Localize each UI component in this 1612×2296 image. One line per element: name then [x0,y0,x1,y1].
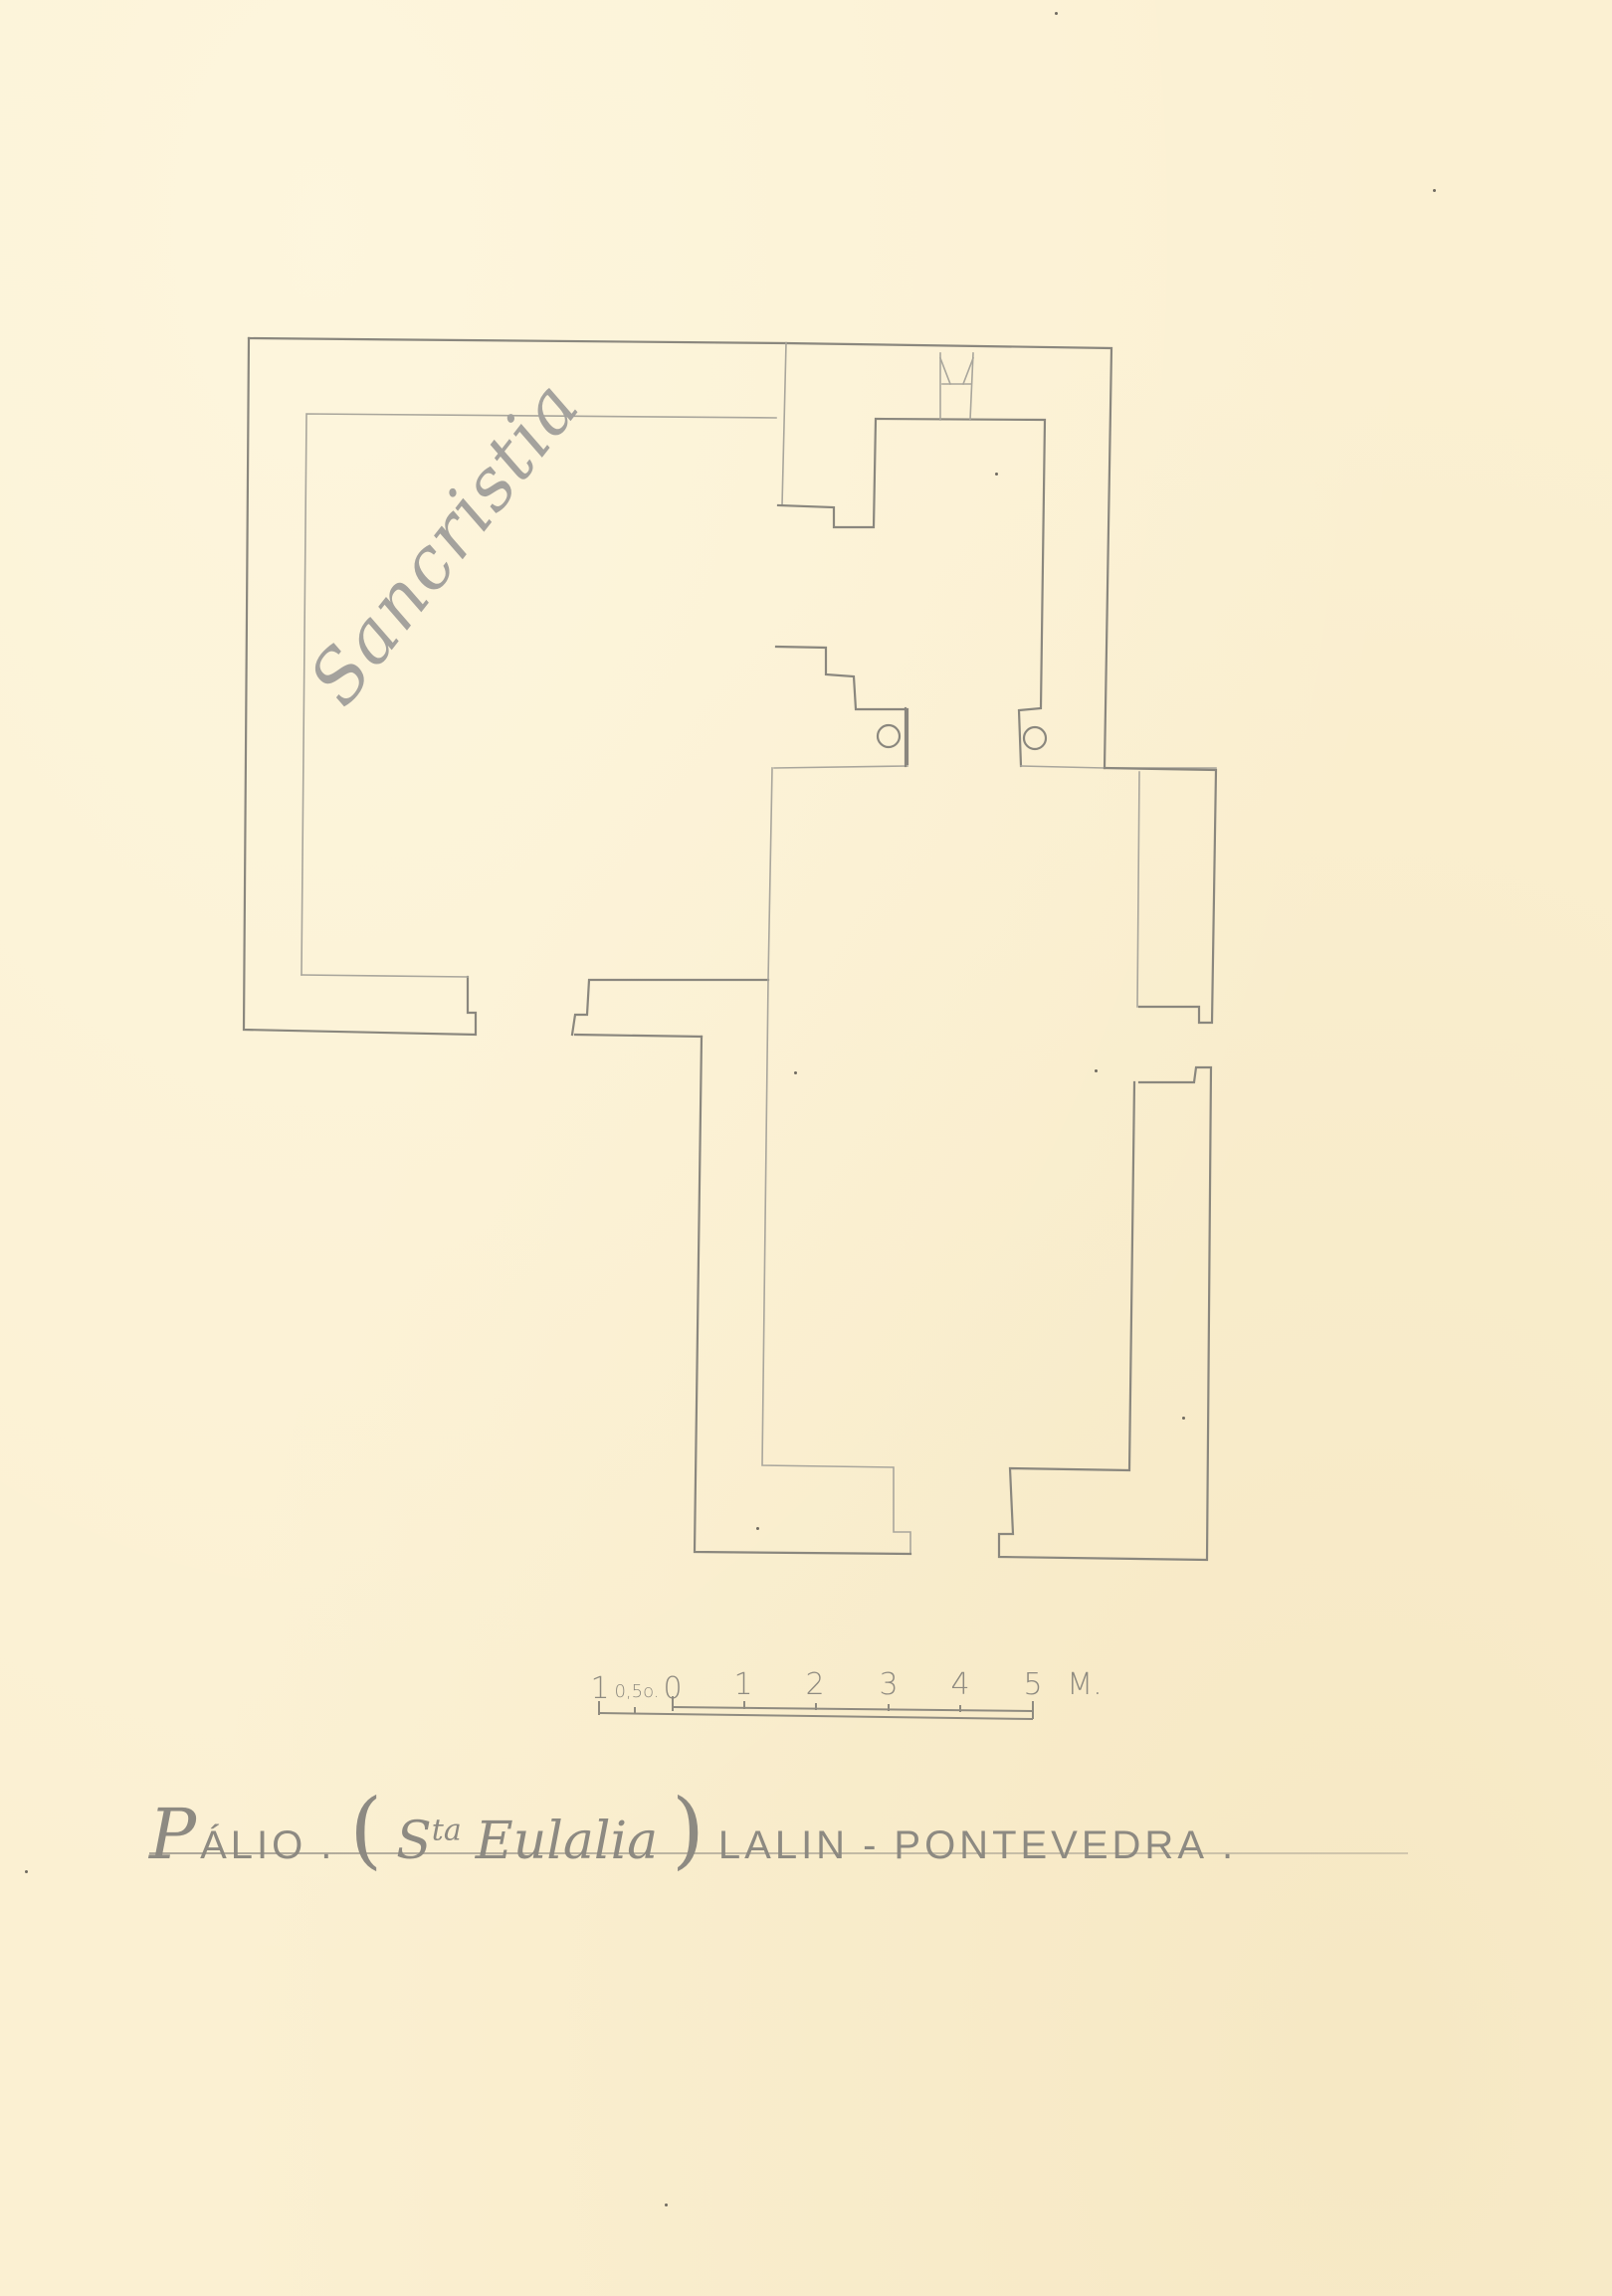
nave-west-outer-wall [695,1037,910,1554]
title-saint-name: Eulalia [476,1812,658,1871]
title-separator: - [863,1823,880,1868]
paper-speck [1095,1069,1098,1072]
paper-speck [1433,189,1436,192]
chancel-base [774,766,907,768]
nave-east-chapel [1105,768,1216,1023]
title-province: PONTEVEDRA [894,1823,1208,1868]
scale-tick-label: 0 [663,1671,682,1706]
paper-speck [794,1071,797,1074]
title-underline [149,1852,1408,1854]
sacristy-outer-wall [249,338,786,343]
nave-east-lower-wall [999,1067,1211,1560]
floor-plan [0,0,1612,2296]
paper-speck [25,1870,28,1873]
nave-east-inner-upper [1137,772,1139,1007]
nave-west-inner-wall [762,768,910,1554]
chancel-upper-steps [778,419,1045,766]
paper-speck [756,1527,759,1530]
sacristy-bottom-wall [575,1035,702,1037]
font-right-circle [1024,727,1046,749]
paper-speck [1055,12,1058,15]
chancel-outer-wall [786,343,1111,768]
chancel-west-wall [782,343,786,505]
scale-tick-label: 0,5o. [614,1681,659,1702]
title-municipality: LALIN [718,1823,849,1868]
scale-tick-label: 4 [950,1667,969,1702]
title-saint-prefix: Sta [396,1812,462,1871]
scale-tick-label: 2 [805,1667,824,1702]
title-place: PÁLIO [149,1794,306,1875]
font-left-circle [878,725,900,747]
paper-speck [665,2203,668,2206]
sacristy-door-jamb [572,980,768,1035]
scale-tick-label: 3 [879,1667,898,1702]
paper-speck [1182,1417,1185,1420]
belfry-mark [940,353,973,420]
scale-tick-label: 1 [590,1671,609,1706]
sacristy-inner-bottom-wall [302,975,468,977]
scale-tick-label: 5 [1023,1667,1042,1702]
scale-tick-label: 1 [733,1667,752,1702]
drawing-title: PÁLIO . ( Sta Eulalia ) LALIN - PONTEVED… [149,1781,1237,1878]
scale-unit-label: M. [1067,1667,1102,1702]
paper-speck [995,473,998,476]
